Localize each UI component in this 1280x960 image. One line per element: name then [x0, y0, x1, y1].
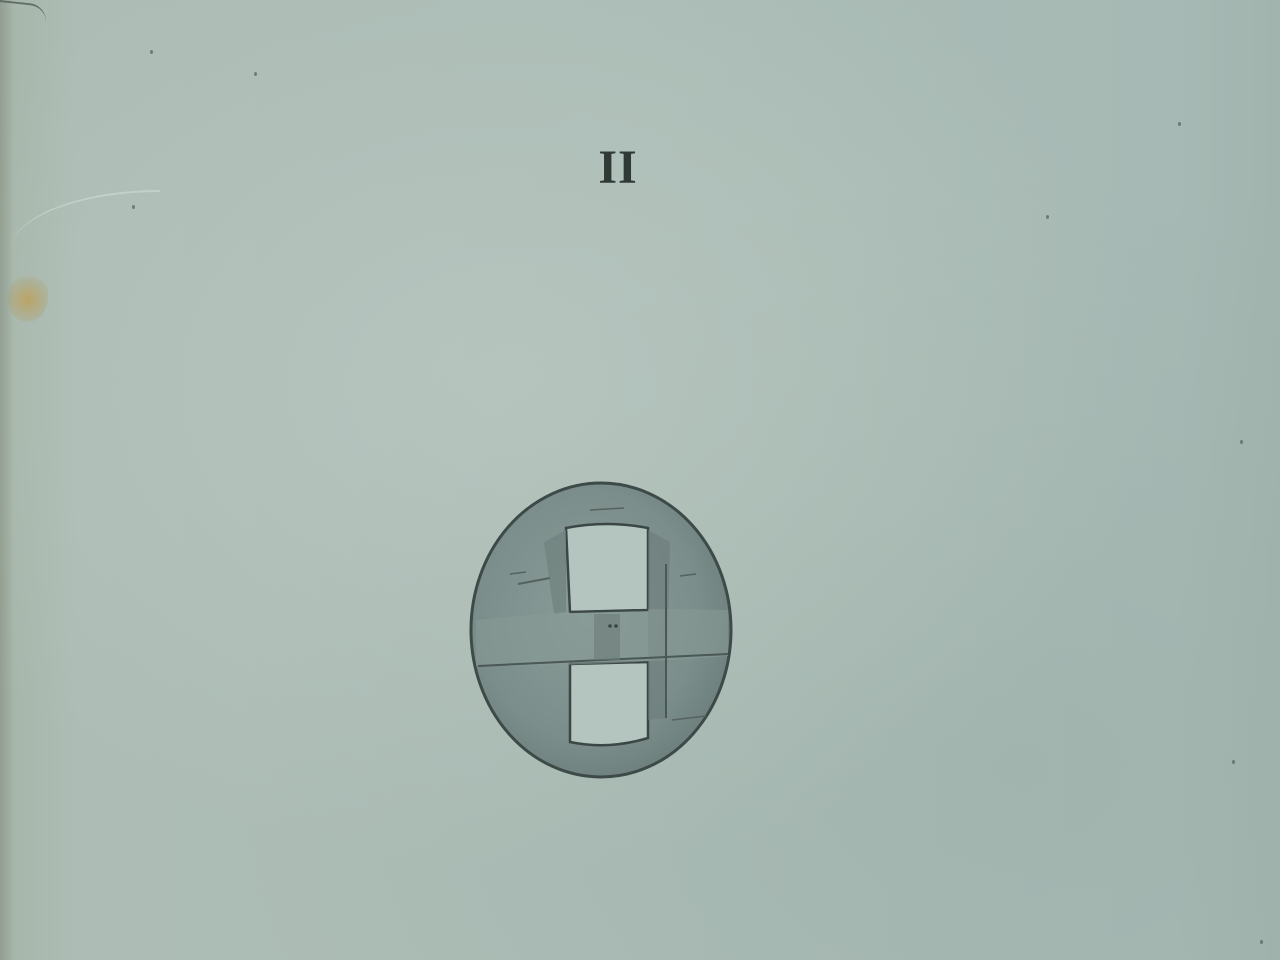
- paper-crease: [10, 190, 160, 252]
- paper-speck: [132, 205, 135, 209]
- pierced-disc-icon: [466, 480, 738, 780]
- paper-speck: [1178, 122, 1181, 126]
- plate-number: II: [588, 138, 648, 198]
- disc-illustration: [466, 480, 738, 780]
- paper-speck: [1046, 215, 1049, 219]
- paper-speck: [150, 50, 153, 54]
- paper-stain: [8, 272, 48, 322]
- paper-speck: [1260, 940, 1263, 944]
- paper-speck: [254, 72, 257, 76]
- scanned-page: II: [0, 0, 1280, 960]
- paper-speck: [1232, 760, 1235, 764]
- binding-shadow: [0, 0, 14, 960]
- paper-speck: [1240, 440, 1243, 444]
